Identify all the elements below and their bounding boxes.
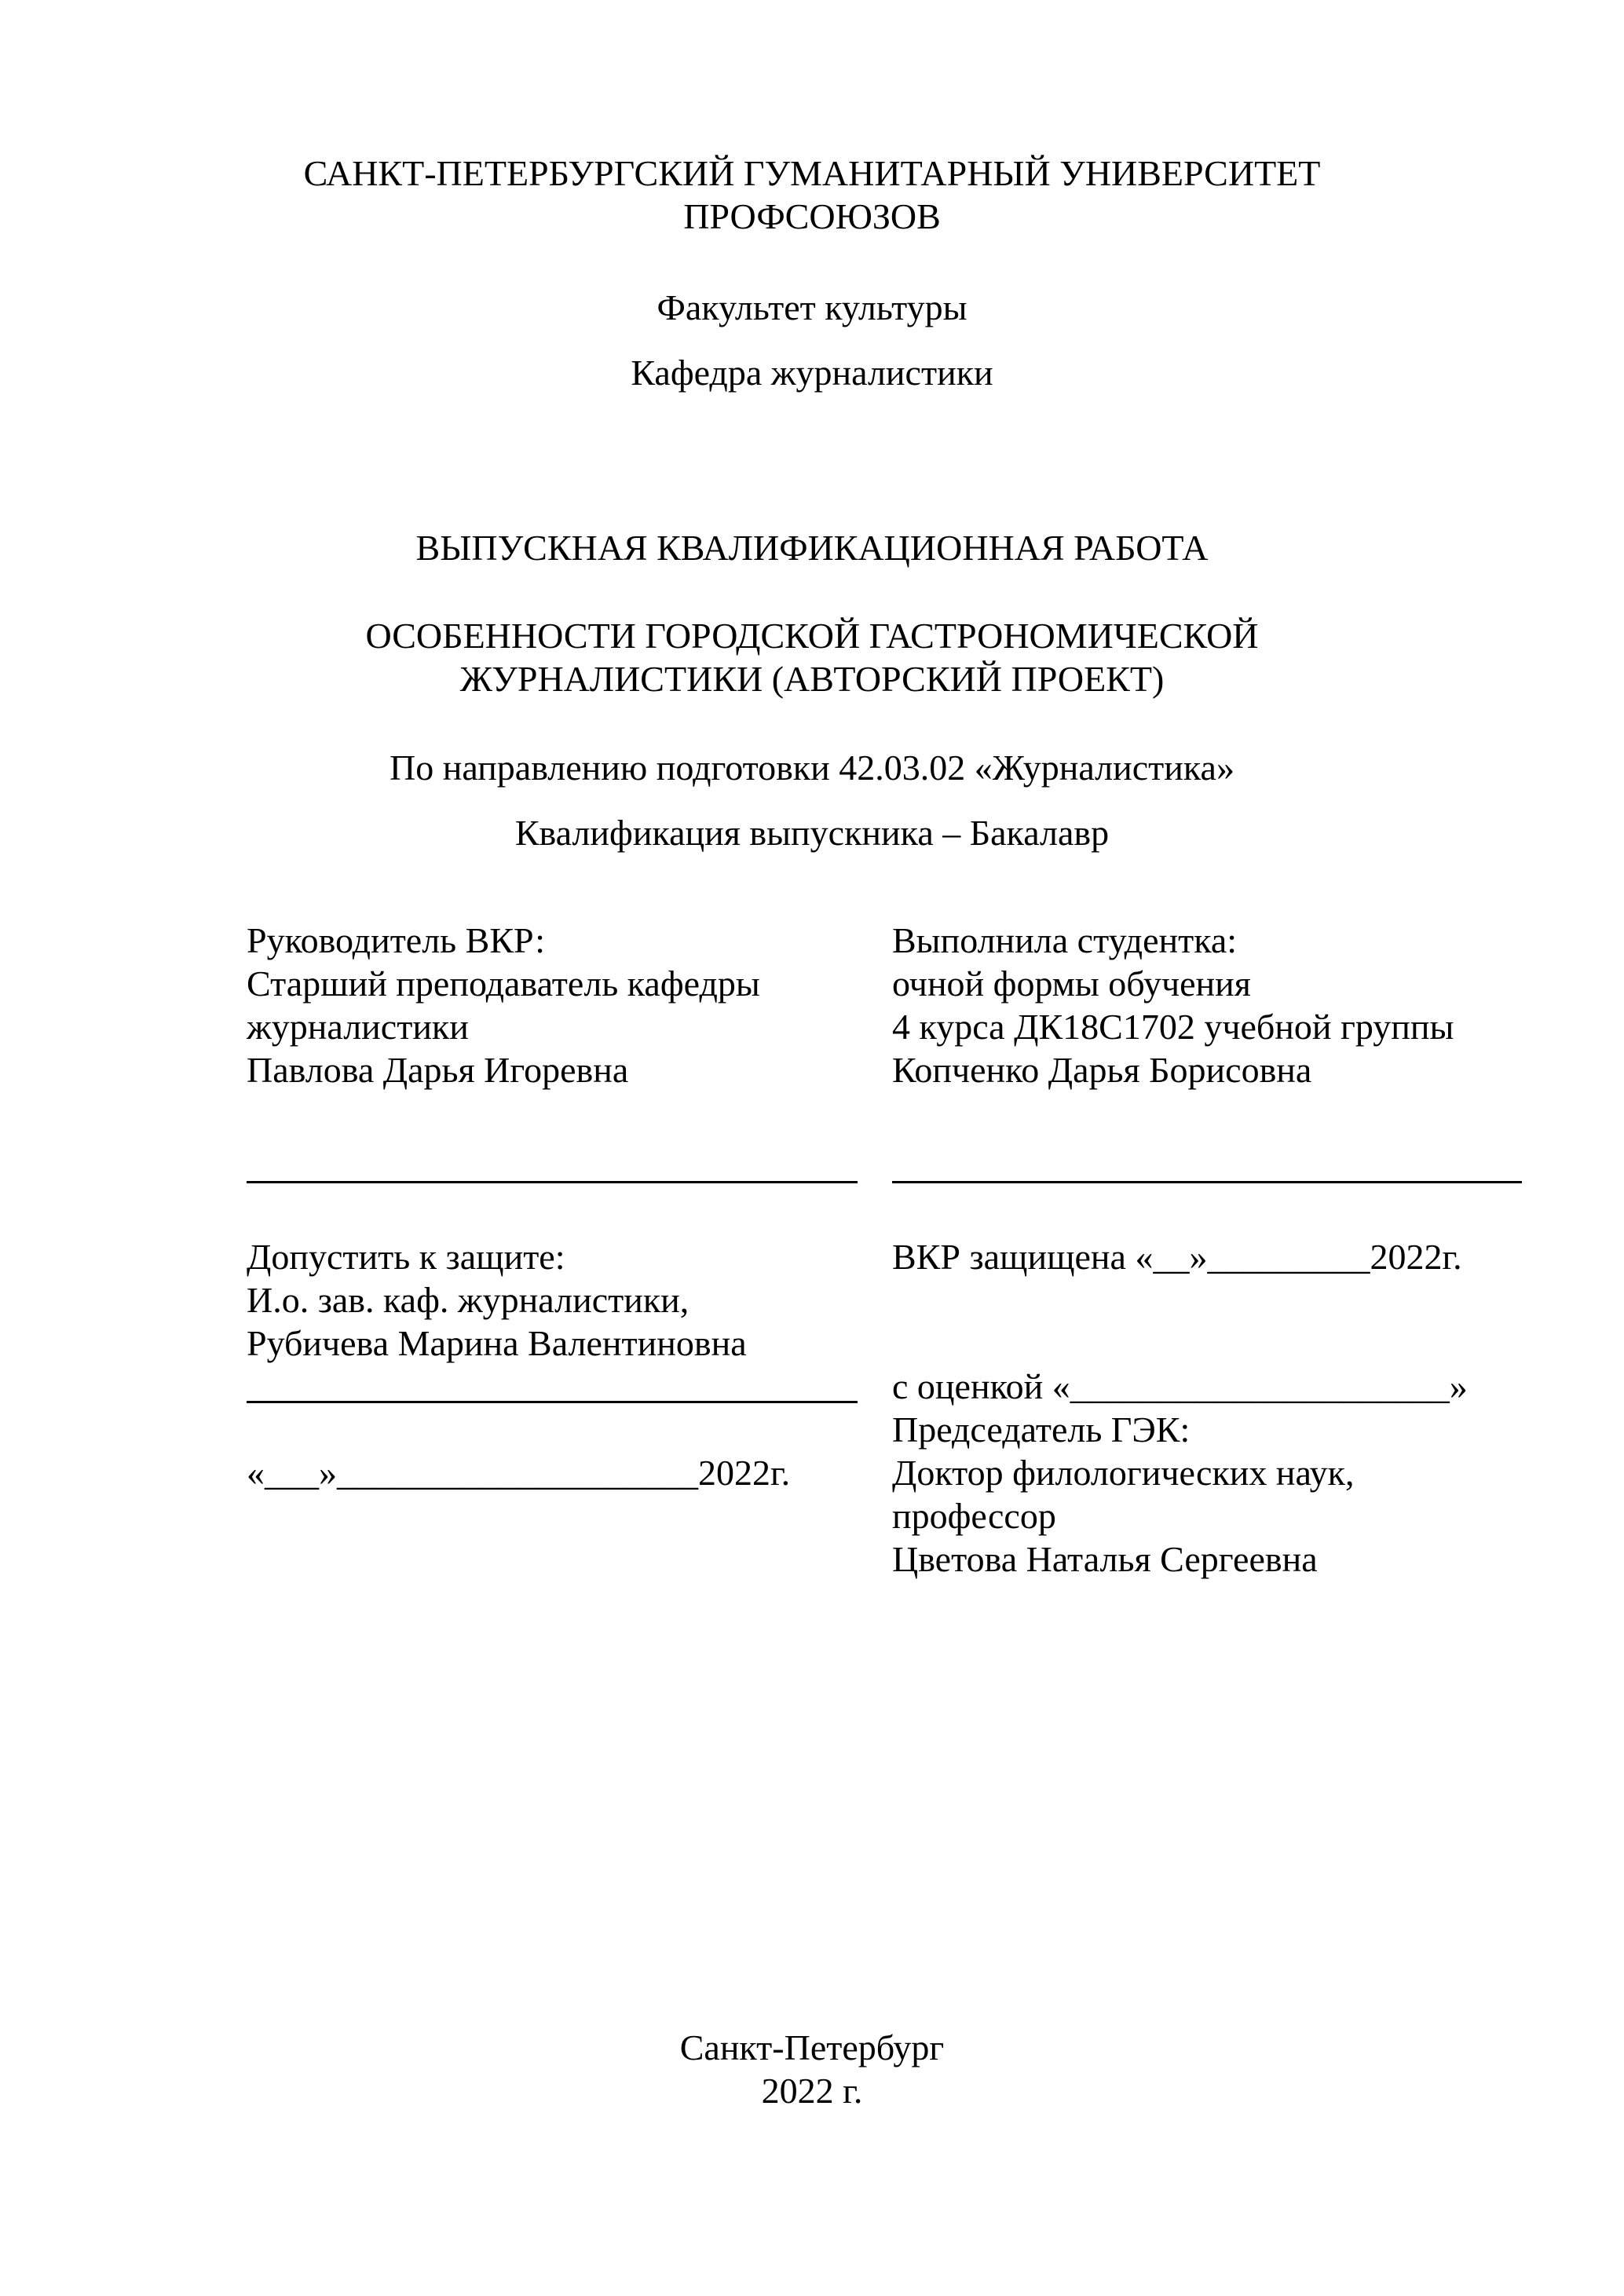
gek-chair-degree: Доктор филологических наук, — [892, 1455, 1354, 1491]
title-page: САНКТ-ПЕТЕРБУРГСКИЙ ГУМАНИТАРНЫЙ УНИВЕРС… — [0, 0, 1624, 2296]
work-type: ВЫПУСКНАЯ КВАЛИФИКАЦИОННАЯ РАБОТА — [0, 530, 1624, 566]
student-group: 4 курса ДК18С1702 учебной группы — [892, 1009, 1454, 1045]
admission-position: И.о. зав. каф. журналистики, — [247, 1282, 689, 1318]
qualification: Квалификация выпускника – Бакалавр — [0, 815, 1624, 851]
supervisor-position-line2: журналистики — [247, 1009, 469, 1045]
gek-chair-label: Председатель ГЭК: — [892, 1412, 1190, 1448]
city: Санкт-Петербург — [0, 2030, 1624, 2066]
admission-signature-line — [247, 1401, 858, 1403]
student-label: Выполнила студентка: — [892, 923, 1237, 959]
admission-name: Рубичева Марина Валентиновна — [247, 1325, 747, 1362]
study-direction: По направлению подготовки 42.03.02 «Журн… — [0, 750, 1624, 786]
defense-grade: с оценкой «_____________________» — [892, 1369, 1468, 1405]
student-study-form: очной формы обучения — [892, 966, 1251, 1002]
supervisor-signature-line — [247, 1181, 858, 1183]
year: 2022 г. — [0, 2073, 1624, 2109]
supervisor-position-line1: Старший преподаватель кафедры — [247, 966, 760, 1002]
university-name-line2: ПРОФСОЮЗОВ — [0, 199, 1624, 235]
student-name: Копченко Дарья Борисовна — [892, 1052, 1311, 1088]
work-title-line2: ЖУРНАЛИСТИКИ (АВТОРСКИЙ ПРОЕКТ) — [0, 661, 1624, 697]
department-name: Кафедра журналистики — [0, 355, 1624, 391]
supervisor-label: Руководитель ВКР: — [247, 923, 545, 959]
work-title-line1: ОСОБЕННОСТИ ГОРОДСКОЙ ГАСТРОНОМИЧЕСКОЙ — [0, 618, 1624, 654]
faculty-name: Факультет культуры — [0, 290, 1624, 326]
student-signature-line — [892, 1181, 1522, 1183]
supervisor-name: Павлова Дарья Игоревна — [247, 1052, 628, 1088]
gek-chair-name: Цветова Наталья Сергеевна — [892, 1541, 1318, 1578]
admission-date: «___»____________________2022г. — [247, 1455, 790, 1491]
university-name-line1: САНКТ-ПЕТЕРБУРГСКИЙ ГУМАНИТАРНЫЙ УНИВЕРС… — [0, 155, 1624, 192]
admission-label: Допустить к защите: — [247, 1239, 565, 1275]
gek-chair-title: профессор — [892, 1498, 1056, 1534]
defense-date: ВКР защищена «__»_________2022г. — [892, 1239, 1462, 1275]
